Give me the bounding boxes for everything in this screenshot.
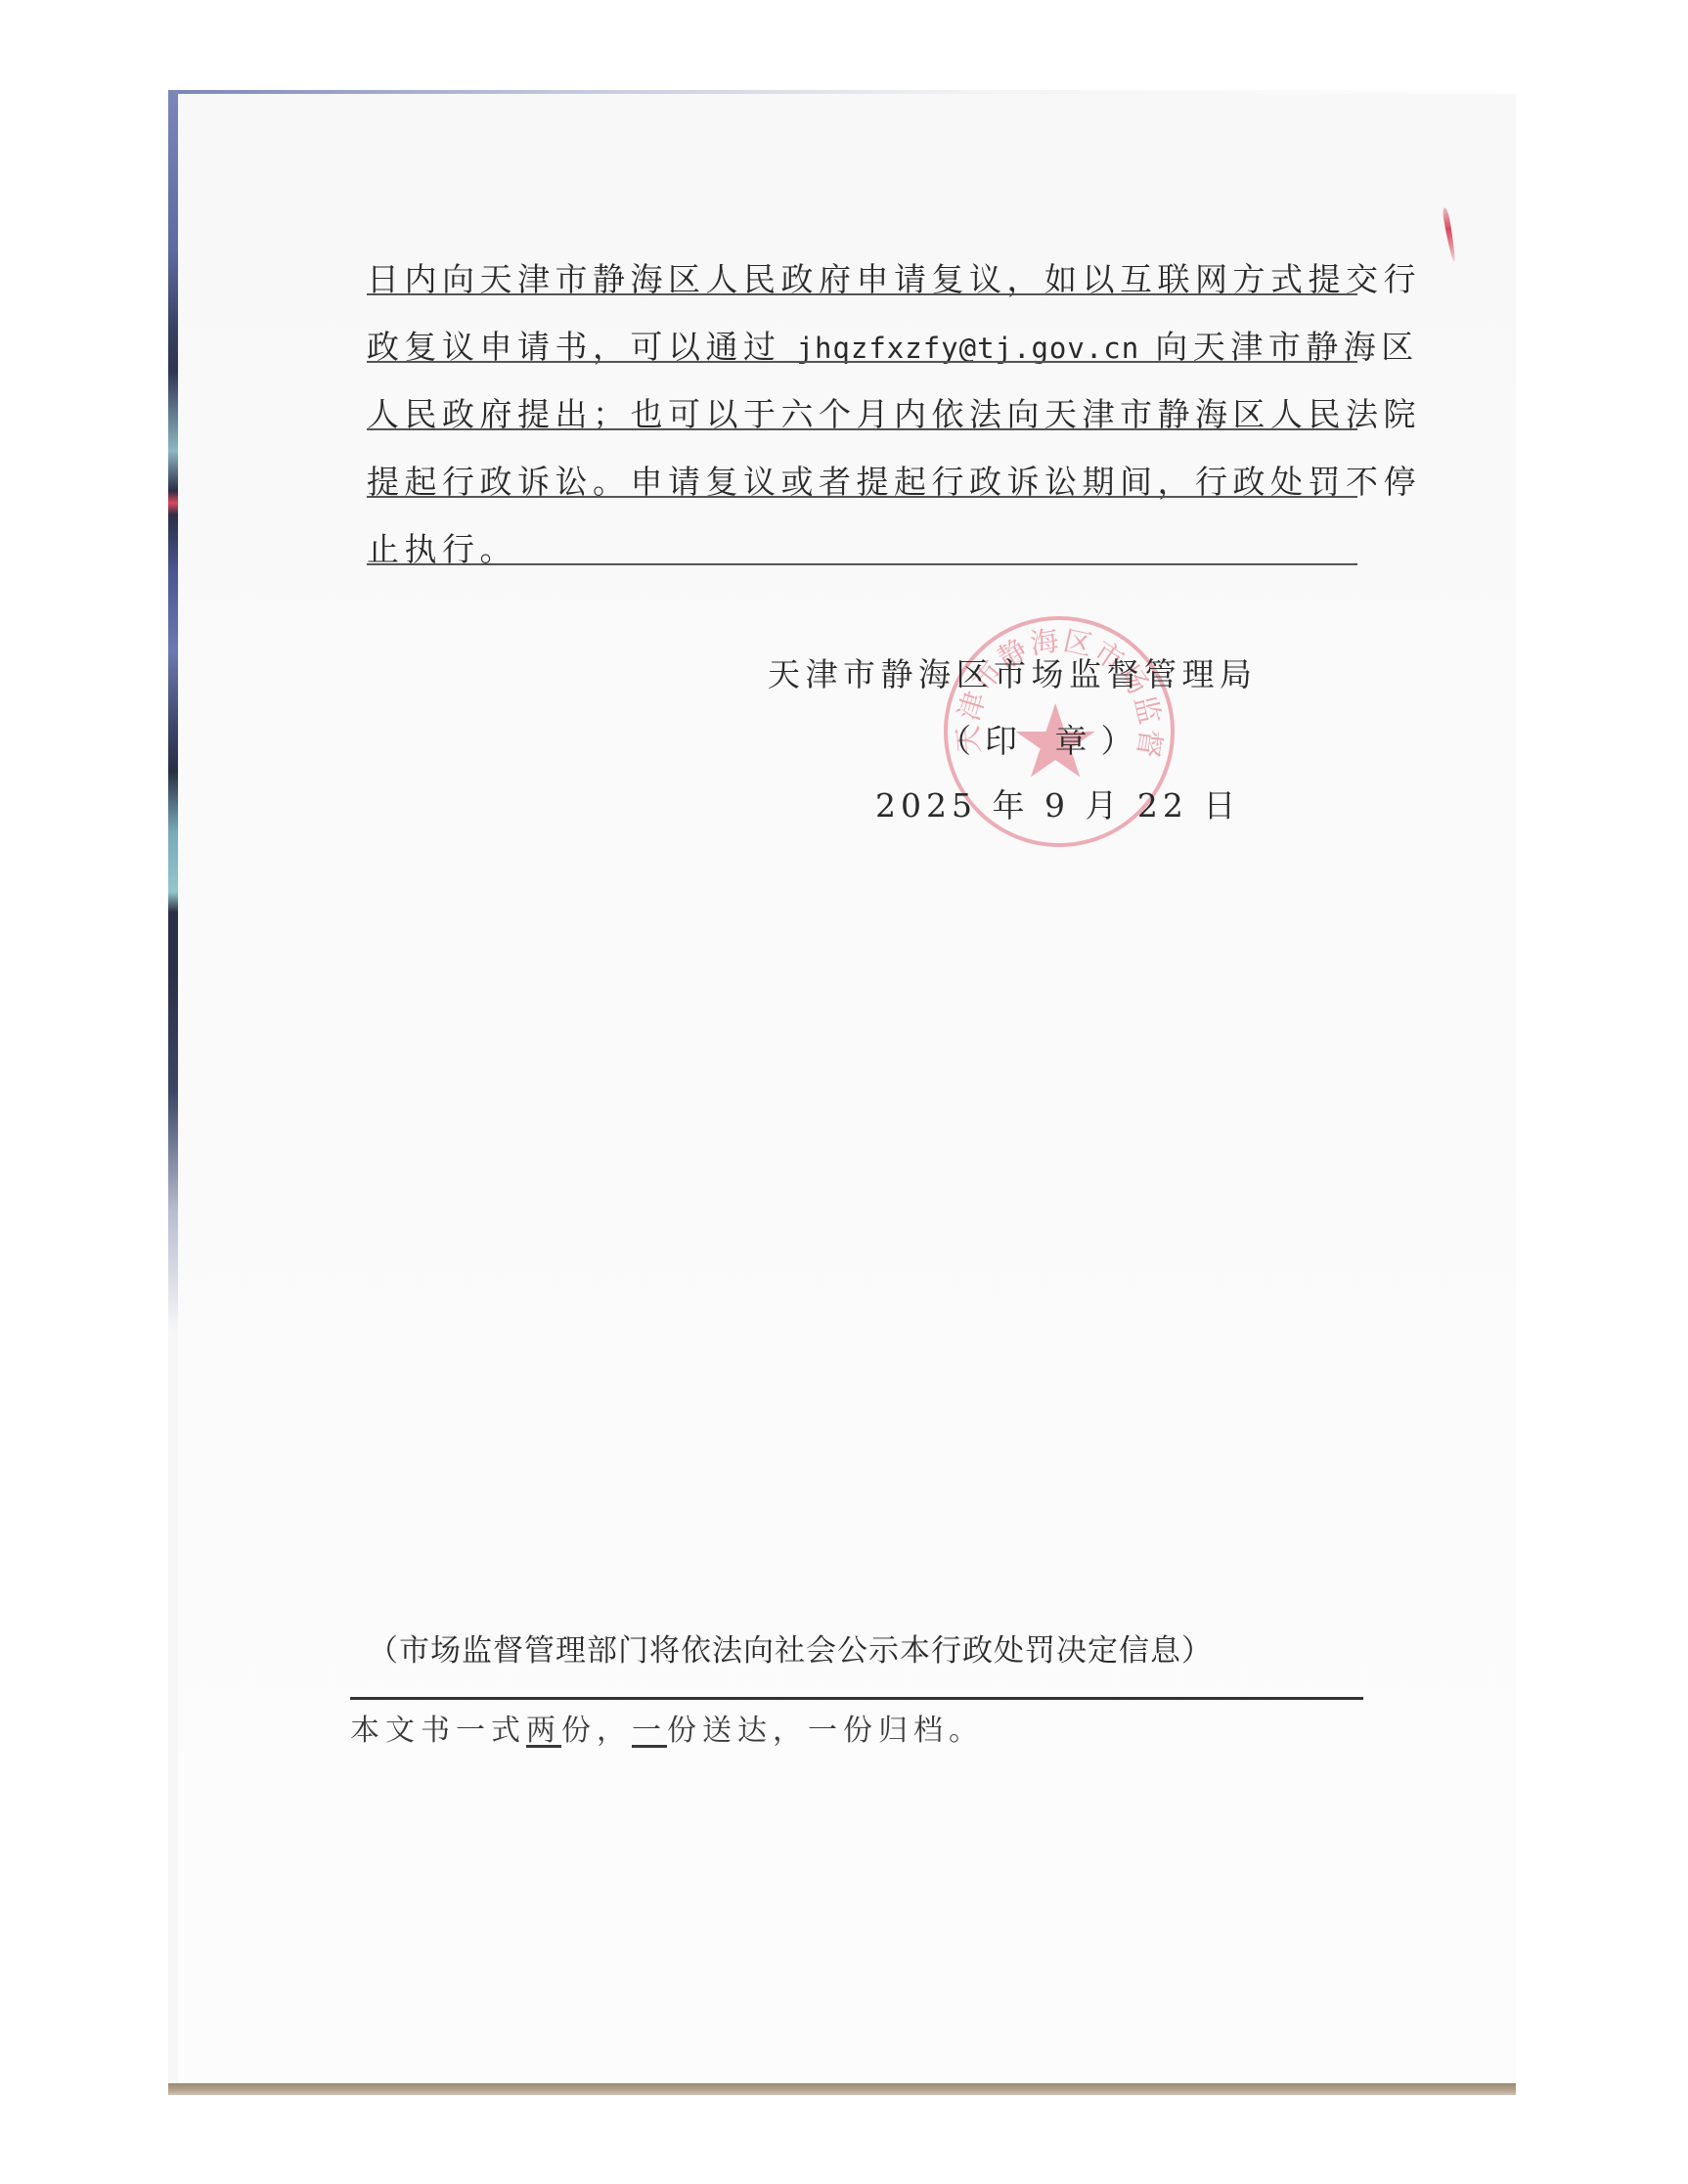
paragraph-line: 日内向天津市静海区人民政府申请复议，如以互联网方式提交行 — [367, 250, 1357, 318]
underline-rule — [367, 563, 1357, 565]
paragraph-line: 提起行政诉讼。申请复议或者提起行政诉讼期间，行政处罚不停 — [367, 453, 1357, 520]
issue-date: 2025 年 9 月 22 日 — [875, 780, 1240, 826]
paragraph-line: 政复议申请书，可以通过 jhqzfxzfy@tj.gov.cn 向天津市静海区 — [367, 318, 1357, 385]
copies-text: 份， — [561, 1714, 632, 1748]
review-email-address: jhqzfxzfy@tj.gov.cn — [797, 332, 1140, 365]
background-strip-left — [168, 90, 178, 2095]
issuing-organization: 天津市静海区市场监督管理局 — [768, 649, 1258, 695]
underline-rule — [367, 496, 1357, 498]
seal-label: （印 章） — [939, 716, 1147, 762]
underline-rule — [367, 293, 1357, 295]
background-strip-bottom — [168, 2083, 1516, 2095]
underline-rule — [367, 361, 1357, 363]
copies-count-blank: 两 — [526, 1714, 561, 1748]
delivered-count-blank: 一 — [632, 1714, 667, 1748]
paragraph-line: 止执行。 — [367, 520, 1357, 588]
footer-divider — [350, 1697, 1363, 1700]
underline-rule — [367, 428, 1357, 430]
paragraph-line: 人民政府提出；也可以于六个月内依法向天津市静海区人民法院 — [367, 385, 1357, 453]
body-paragraph: 日内向天津市静海区人民政府申请复议，如以互联网方式提交行 政复议申请书，可以通过… — [367, 250, 1357, 588]
copies-text: 本文书一式 — [350, 1714, 526, 1748]
copies-text: 份送达，一份归档。 — [667, 1714, 984, 1748]
public-disclosure-notice: （市场监督管理部门将依法向社会公示本行政处罚决定信息） — [368, 1626, 1213, 1670]
copies-statement: 本文书一式两份，一份送达，一份归档。 — [350, 1706, 984, 1749]
